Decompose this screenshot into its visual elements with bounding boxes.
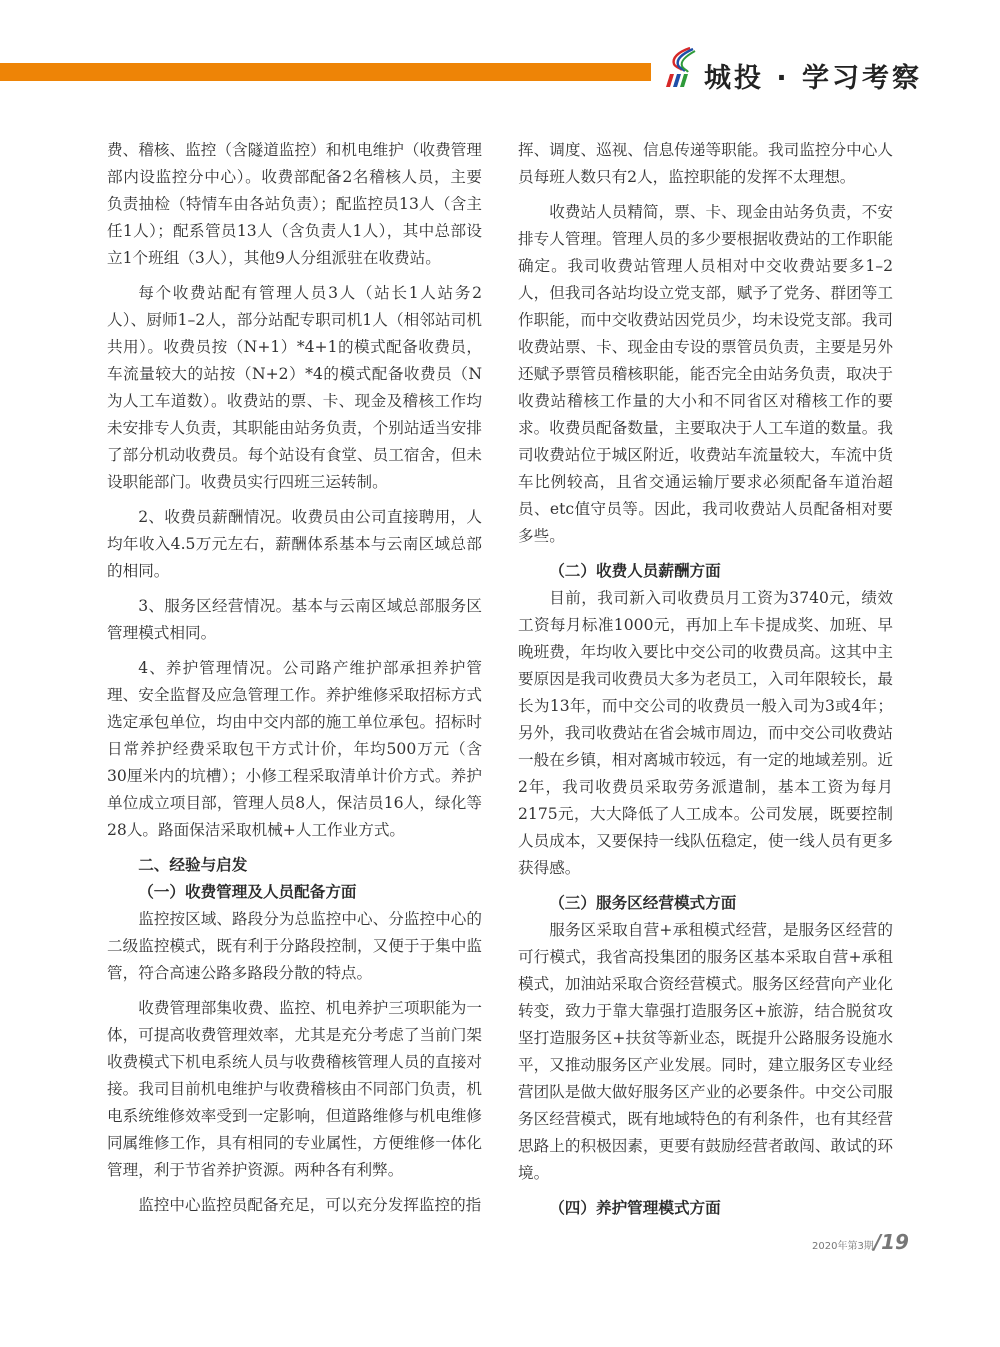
paragraph: 每个收费站配有管理人员3人（站长1人站务2人）、厨师1–2人，部分站配专职司机1… [107, 280, 482, 496]
paragraph: 监控按区域、路段分为总监控中心、分监控中心的二级监控模式，既有利于分路段控制，又… [107, 906, 482, 987]
subheading: （一）收费管理及人员配备方面 [107, 879, 482, 906]
paragraph: 监控中心监控员配备充足，可以充分发挥监控的指 [107, 1192, 482, 1219]
paragraph: 4、养护管理情况。公司路产维护部承担养护管理、安全监督及应急管理工作。养护维修采… [107, 655, 482, 844]
ribbon-stripes-logo-icon [660, 46, 696, 88]
left-column: 费、稽核、监控（含隧道监控）和机电维护（收费管理部内设监控分中心）。收费部配备2… [107, 137, 482, 1219]
subheading: （四）养护管理模式方面 [518, 1195, 893, 1222]
issue-label: 2020年第3期 [812, 1241, 874, 1252]
page-number: /19 [874, 1230, 909, 1254]
right-column: 挥、调度、巡视、信息传递等职能。我司监控分中心人员每班人数只有2人，监控职能的发… [518, 137, 893, 1222]
paragraph: 挥、调度、巡视、信息传递等职能。我司监控分中心人员每班人数只有2人，监控职能的发… [518, 137, 893, 191]
paragraph: 收费管理部集收费、监控、机电养护三项职能为一体，可提高收费管理效率，尤其是充分考… [107, 995, 482, 1184]
header-accent-bar [0, 63, 651, 81]
paragraph: 3、服务区经营情况。基本与云南区域总部服务区管理模式相同。 [107, 593, 482, 647]
subheading: （二）收费人员薪酬方面 [518, 558, 893, 585]
masthead-title: 城投 · 学习考察 [704, 56, 922, 95]
paragraph: 目前，我司新入司收费员月工资为3740元，绩效工资每月标准1000元，再加上车卡… [518, 585, 893, 882]
paragraph: 收费站人员精简，票、卡、现金由站务负责，不安排专人管理。管理人员的多少要根据收费… [518, 199, 893, 550]
paragraph: 费、稽核、监控（含隧道监控）和机电维护（收费管理部内设监控分中心）。收费部配备2… [107, 137, 482, 272]
paragraph: 服务区采取自营+承租模式经营，是服务区经营的可行模式，我省高投集团的服务区基本采… [518, 917, 893, 1187]
section-heading: 二、经验与启发 [107, 852, 482, 879]
subheading: （三）服务区经营模式方面 [518, 890, 893, 917]
page-folio: 2020年第3期/19 [812, 1230, 909, 1254]
paragraph: 2、收费员薪酬情况。收费员由公司直接聘用，人均年收入4.5万元左右，薪酬体系基本… [107, 504, 482, 585]
